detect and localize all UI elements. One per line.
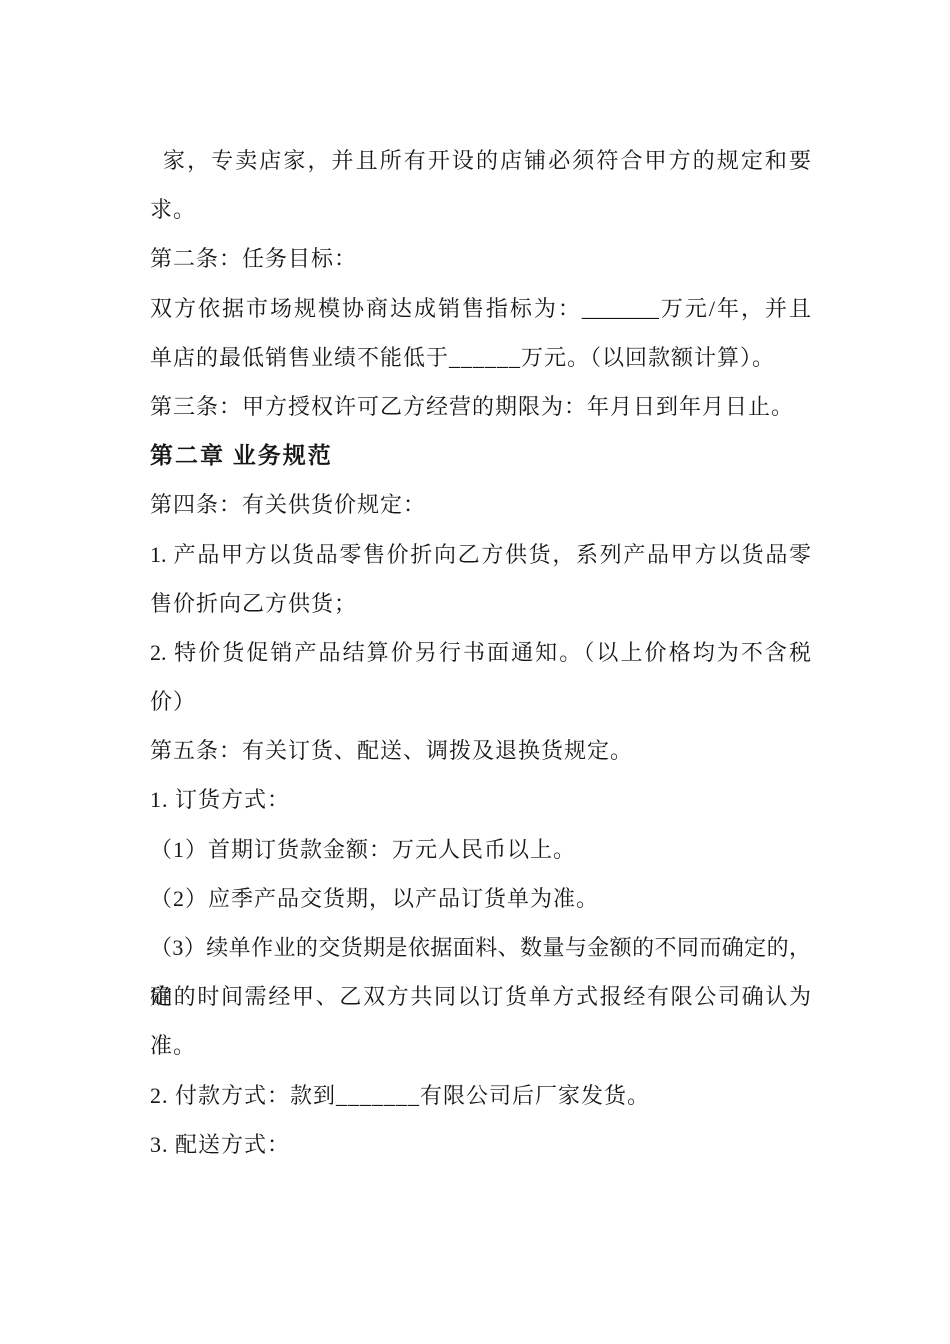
doc-line: 定的时间需经甲、乙双方共同以订货单方式报经有限公司确认为 [150,972,811,1021]
document-page: 家，专卖店家，并且所有开设的店铺必须符合甲方的规定和要 求。 第二条：任务目标：… [0,0,950,1344]
document-content: 家，专卖店家，并且所有开设的店铺必须符合甲方的规定和要 求。 第二条：任务目标：… [150,136,811,1169]
clause-3-heading: 第三条：甲方授权许可乙方经营的期限为：年月日到年月日止。 [150,382,811,431]
doc-line: （1）首期订货款金额：万元人民币以上。 [150,825,811,874]
doc-line: 家，专卖店家，并且所有开设的店铺必须符合甲方的规定和要 [150,136,811,185]
clause-4-heading: 第四条：有关供货价规定： [150,480,811,529]
doc-line: 1. 订货方式： [150,775,811,824]
doc-line: 2. 付款方式：款到_______有限公司后厂家发货。 [150,1071,811,1120]
doc-line: （3）续单作业的交货期是依据面料、数量与金额的不同而确定的，确 [150,923,811,972]
clause-5-heading: 第五条：有关订货、配送、调拨及退换货规定。 [150,726,811,775]
doc-line: 准。 [150,1021,811,1070]
doc-line: （2）应季产品交货期，以产品订货单为准。 [150,874,811,923]
doc-line: 3. 配送方式： [150,1120,811,1169]
doc-line: 2. 特价货促销产品结算价另行书面通知。（以上价格均为不含税 [150,628,811,677]
chapter-2-heading: 第二章 业务规范 [150,431,811,480]
doc-line: 求。 [150,185,811,234]
doc-line: 双方依据市场规模协商达成销售指标为：_______万元/年，并且 [150,284,811,333]
clause-2-heading: 第二条：任务目标： [150,234,811,283]
doc-line: 单店的最低销售业绩不能低于______万元。（以回款额计算）。 [150,333,811,382]
doc-line: 1. 产品甲方以货品零售价折向乙方供货，系列产品甲方以货品零 [150,530,811,579]
doc-line: 售价折向乙方供货； [150,579,811,628]
doc-line: 价） [150,677,811,726]
